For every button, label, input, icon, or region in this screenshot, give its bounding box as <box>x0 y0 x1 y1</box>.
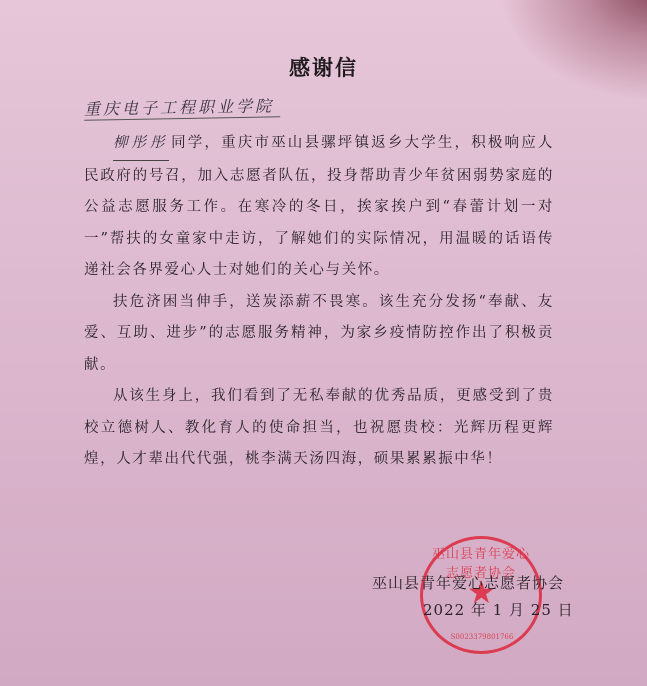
letter-body: 柳彤彤同学，重庆市巫山县骡坪镇返乡大学生，积极响应人民政府的号召，加入志愿者队伍… <box>84 128 554 476</box>
seal-code: S0023379801766 <box>437 633 527 641</box>
paragraph-1: 柳彤彤同学，重庆市巫山县骡坪镇返乡大学生，积极响应人民政府的号召，加入志愿者队伍… <box>84 128 554 287</box>
signature-date: 2022 年 1 月 25 日 <box>423 599 574 620</box>
official-seal: 巫山县青年爱心志愿者协会 ★ S0023379801766 <box>420 536 542 654</box>
student-name-handwritten: 柳彤彤 <box>113 128 169 161</box>
paragraph-3: 从该生身上，我们看到了无私奉献的优秀品质，更感受到了贵校立德树人、教化育人的使命… <box>84 381 554 476</box>
recipient-handwritten: 重庆电子工程职业学院 <box>84 93 280 120</box>
paragraph-2: 扶危济困当伸手，送炭添薪不畏寒。该生充分发扬“奉献、友爱、互助、进步”的志愿服务… <box>84 287 554 382</box>
signature-organization: 巫山县青年爱心志愿者协会 <box>372 572 564 593</box>
letter-title: 感谢信 <box>0 52 647 82</box>
